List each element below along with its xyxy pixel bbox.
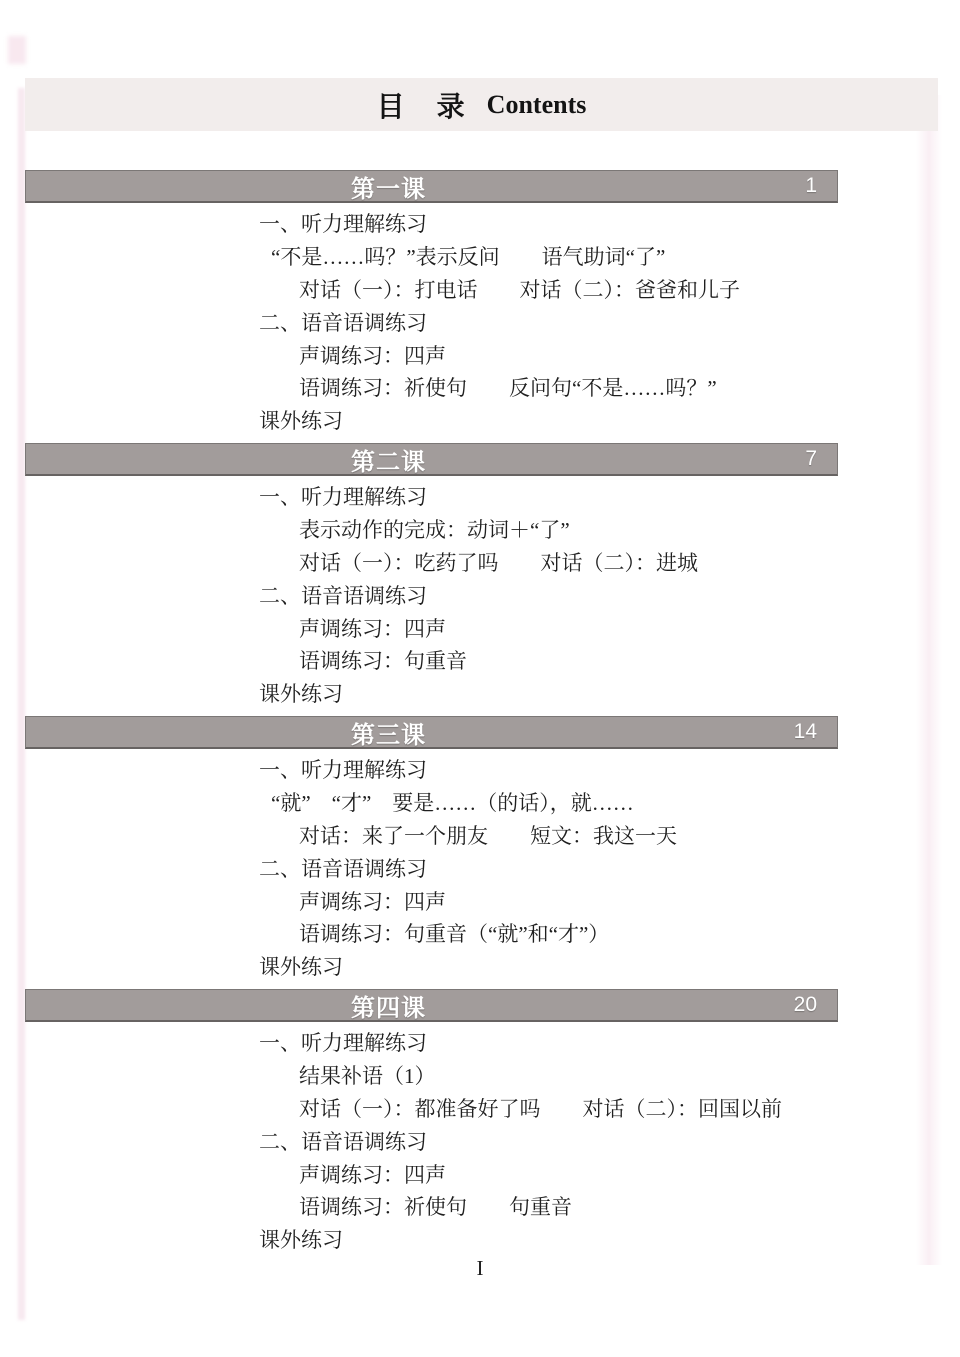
toc-line: 课外练习 (0, 405, 960, 438)
toc-line: 课外练习 (0, 1224, 960, 1257)
scan-artifact-corner (8, 36, 26, 64)
toc-line: 声调练习：四声 (0, 340, 960, 373)
footer-page-number: I (477, 1256, 484, 1280)
contents-page: 目 录 Contents 第一课 1 一、听力理解练习“不是……吗？”表示反问 … (0, 0, 960, 1357)
toc-line: 声调练习：四声 (0, 886, 960, 919)
toc-line: 对话：来了一个朋友 短文：我这一天 (0, 820, 960, 853)
lesson-bar-3: 第三课 14 (25, 716, 838, 749)
toc-line: 声调练习：四声 (0, 1159, 960, 1192)
toc-line: 声调练习：四声 (0, 613, 960, 646)
toc-line: “就” “才” 要是……（的话），就…… (0, 787, 960, 820)
toc-line: 对话（一）：打电话 对话（二）：爸爸和儿子 (0, 274, 960, 307)
contents-title-zh: 目 录 (377, 85, 467, 125)
toc-line: 一、听力理解练习 (0, 754, 960, 787)
lesson-title: 第一课 (26, 171, 837, 201)
toc-line: 表示动作的完成：动词＋“了” (0, 514, 960, 547)
toc-line: 课外练习 (0, 678, 960, 711)
lesson-bar-4: 第四课 20 (25, 989, 838, 1022)
lesson-bar-2: 第二课 7 (25, 443, 838, 476)
lesson-bar-1: 第一课 1 (25, 170, 838, 203)
toc-line: 语调练习：句重音 (0, 645, 960, 678)
toc-line: 一、听力理解练习 (0, 208, 960, 241)
contents-header: 目 录 Contents (25, 78, 938, 131)
toc-line: 二、语音语调练习 (0, 1126, 960, 1159)
lesson-toc-lines: 一、听力理解练习表示动作的完成：动词＋“了”对话（一）：吃药了吗 对话（二）：进… (0, 481, 960, 711)
lesson-toc-lines: 一、听力理解练习“不是……吗？”表示反问 语气助词“了”对话（一）：打电话 对话… (0, 208, 960, 438)
toc-line: 一、听力理解练习 (0, 1027, 960, 1060)
toc-line: 结果补语（1） (0, 1060, 960, 1093)
lesson-page-number: 7 (805, 444, 817, 474)
toc-line: 一、听力理解练习 (0, 481, 960, 514)
toc-line: 语调练习：祈使句 句重音 (0, 1191, 960, 1224)
toc-line: 二、语音语调练习 (0, 853, 960, 886)
lesson-page-number: 14 (794, 717, 817, 747)
lesson-toc-lines: 一、听力理解练习结果补语（1）对话（一）：都准备好了吗 对话（二）：回国以前二、… (0, 1027, 960, 1257)
toc-line: “不是……吗？”表示反问 语气助词“了” (0, 241, 960, 274)
lesson-title: 第三课 (26, 717, 837, 747)
lesson-title: 第四课 (26, 990, 837, 1020)
lesson-toc-lines: 一、听力理解练习“就” “才” 要是……（的话），就……对话：来了一个朋友 短文… (0, 754, 960, 984)
toc-line: 对话（一）：吃药了吗 对话（二）：进城 (0, 547, 960, 580)
lesson-title: 第二课 (26, 444, 837, 474)
toc-line: 对话（一）：都准备好了吗 对话（二）：回国以前 (0, 1093, 960, 1126)
contents-title-en: Contents (487, 90, 587, 120)
toc-line: 语调练习：祈使句 反问句“不是……吗？” (0, 372, 960, 405)
lesson-page-number: 20 (794, 990, 817, 1020)
toc-line: 课外练习 (0, 951, 960, 984)
toc-line: 二、语音语调练习 (0, 580, 960, 613)
toc-line: 二、语音语调练习 (0, 307, 960, 340)
page-footer: I (0, 1256, 960, 1281)
toc-line: 语调练习：句重音（“就”和“才”） (0, 918, 960, 951)
lesson-page-number: 1 (805, 171, 817, 201)
